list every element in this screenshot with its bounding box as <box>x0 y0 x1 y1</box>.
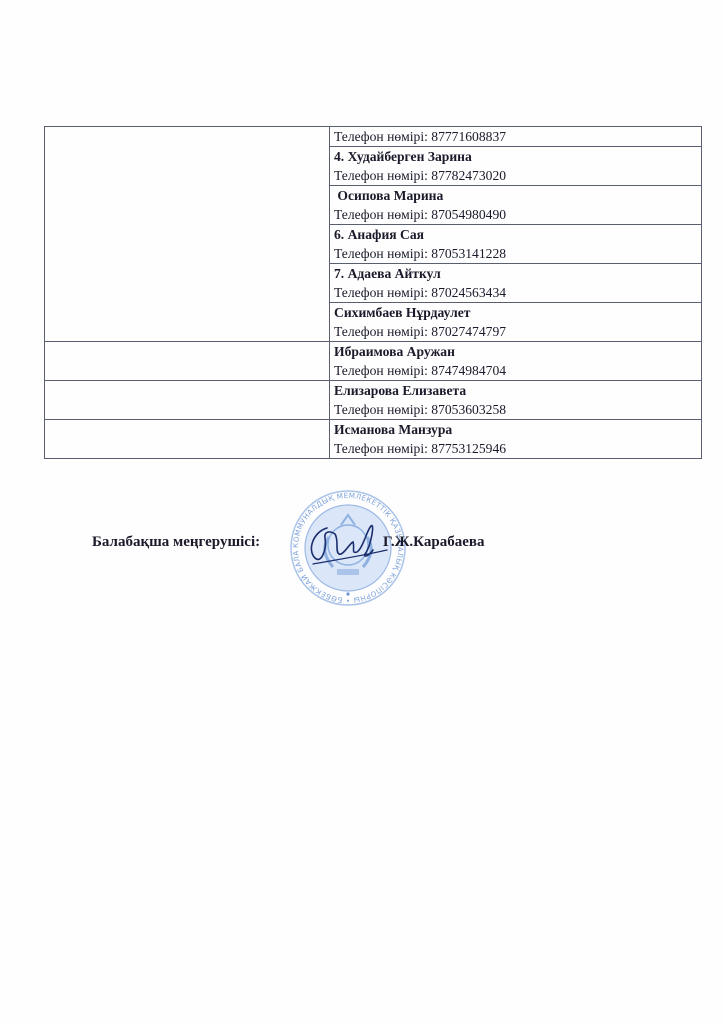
contact-cell: Осипова Марина Телефон нөмірі: 870549804… <box>330 186 702 225</box>
contact-name: Исманова Манзура <box>334 420 701 439</box>
contact-cell: Телефон нөмірі: 87771608837 <box>330 127 702 147</box>
contact-name: Елизарова Елизавета <box>334 381 701 400</box>
contact-name: 6. Анафия Сая <box>334 225 701 244</box>
contact-name: 4. Худайберген Зарина <box>334 147 701 166</box>
contact-cell: Исманова Манзура Телефон нөмірі: 8775312… <box>330 420 702 459</box>
table-row: Елизарова Елизавета Телефон нөмірі: 8705… <box>45 381 702 420</box>
left-cell <box>45 420 330 459</box>
contact-phone: Телефон нөмірі: 87027474797 <box>334 322 701 341</box>
contact-cell: Ибраимова Аружан Телефон нөмірі: 8747498… <box>330 342 702 381</box>
contact-phone: Телефон нөмірі: 87753125946 <box>334 439 701 458</box>
signatory-name: Г.Ж.Карабаева <box>383 534 484 551</box>
left-cell <box>45 342 330 381</box>
contact-name: Сихимбаев Нұрдаулет <box>334 303 701 322</box>
signature-icon <box>305 520 390 570</box>
contacts-table: Телефон нөмірі: 87771608837 4. Худайберг… <box>44 126 702 459</box>
contact-phone: Телефон нөмірі: 87053603258 <box>334 400 701 419</box>
table-row: Телефон нөмірі: 87771608837 <box>45 127 702 147</box>
contact-cell: Сихимбаев Нұрдаулет Телефон нөмірі: 8702… <box>330 303 702 342</box>
contact-cell: 6. Анафия Сая Телефон нөмірі: 8705314122… <box>330 225 702 264</box>
contact-cell: Елизарова Елизавета Телефон нөмірі: 8705… <box>330 381 702 420</box>
table-row: Исманова Манзура Телефон нөмірі: 8775312… <box>45 420 702 459</box>
contact-phone: Телефон нөмірі: 87474984704 <box>334 361 701 380</box>
contact-cell: 7. Адаева Айткул Телефон нөмірі: 8702456… <box>330 264 702 303</box>
left-cell-merged <box>45 127 330 342</box>
contact-name: Осипова Марина <box>334 186 701 205</box>
document-page: Телефон нөмірі: 87771608837 4. Худайберг… <box>0 0 724 1024</box>
contact-phone: Телефон нөмірі: 87053141228 <box>334 244 701 263</box>
signatory-role: Балабақша меңгерушісі: <box>92 534 260 551</box>
contact-cell: 4. Худайберген Зарина Телефон нөмірі: 87… <box>330 147 702 186</box>
table-row: Ибраимова Аружан Телефон нөмірі: 8747498… <box>45 342 702 381</box>
contact-name: 7. Адаева Айткул <box>334 264 701 283</box>
left-cell <box>45 381 330 420</box>
contact-phone: Телефон нөмірі: 87771608837 <box>334 127 701 146</box>
contact-phone: Телефон нөмірі: 87054980490 <box>334 205 701 224</box>
contact-name: Ибраимова Аружан <box>334 342 701 361</box>
contact-phone: Телефон нөмірі: 87024563434 <box>334 283 701 302</box>
contact-phone: Телефон нөмірі: 87782473020 <box>334 166 701 185</box>
